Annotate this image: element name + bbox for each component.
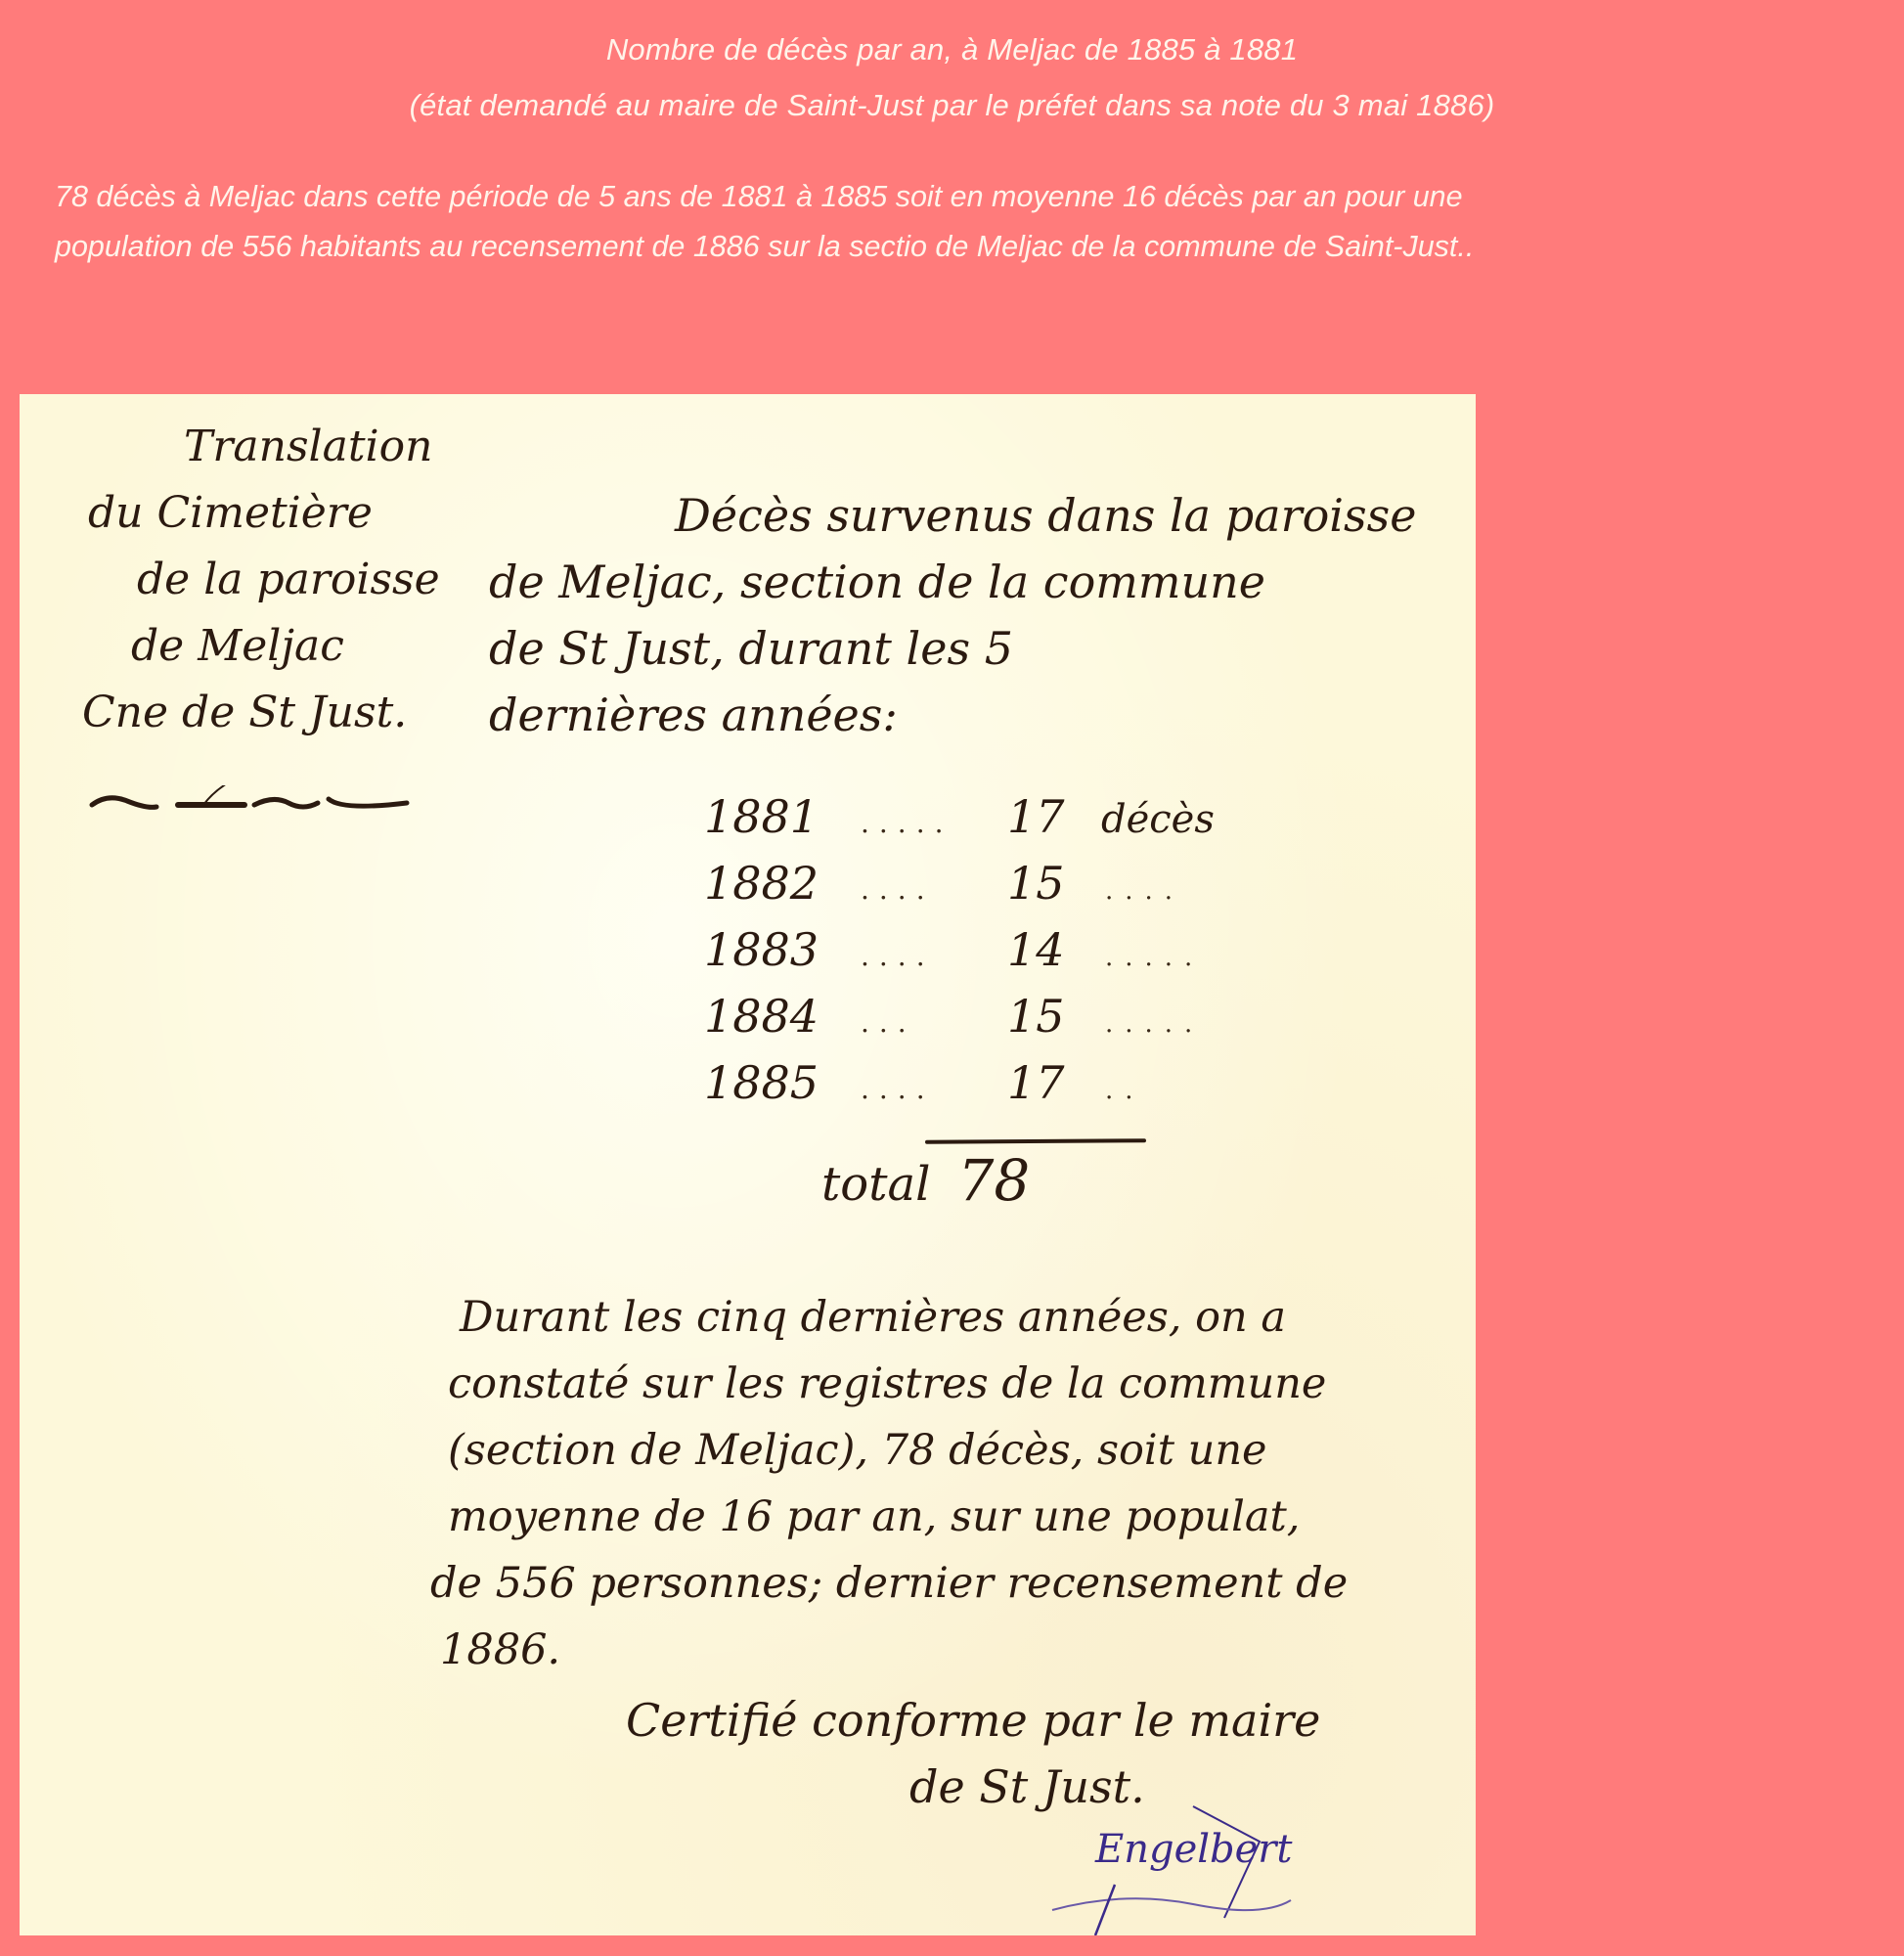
dot-leader: .... — [861, 857, 1007, 923]
margin-note-line: de Meljac — [68, 613, 440, 680]
attestation-paragraph: Durant les cinq dernières années, on a c… — [430, 1284, 1348, 1683]
table-row: 1882 .... 15 .... — [704, 850, 1215, 916]
page-subtitle: (état demandé au maire de Saint-Just par… — [0, 77, 1904, 133]
total-row: total78 — [821, 1147, 1030, 1218]
paragraph-line: moyenne de 16 par an, sur une populat, — [430, 1484, 1348, 1550]
summary-paragraph: 78 décès à Meljac dans cette période de … — [55, 172, 1874, 272]
dot-leader: .... — [861, 923, 1007, 990]
year-cell: 1884 — [704, 983, 861, 1049]
margin-note-line: Translation — [68, 414, 440, 480]
margin-note-line: de la paroisse — [68, 547, 440, 613]
death-count-cell: 15 — [1007, 850, 1076, 916]
summary-line-2: population de 556 habitants au recenseme… — [55, 222, 1874, 272]
heading-line: de St Just, durant les 5 — [479, 615, 1416, 682]
death-count-cell: 17 — [1007, 1049, 1076, 1116]
year-cell: 1881 — [704, 783, 861, 850]
heading-line: de Meljac, section de la commune — [479, 549, 1416, 615]
paragraph-line: 1886. — [430, 1617, 1348, 1683]
summary-line-1: 78 décès à Meljac dans cette période de … — [55, 172, 1874, 222]
table-row: 1884 ... 15 ..... — [704, 983, 1215, 1049]
mayor-signature: Engelbert — [1095, 1827, 1293, 1872]
manuscript-scan-image: Translation du Cimetière de la paroisse … — [20, 394, 1476, 1935]
page-header: Nombre de décès par an, à Meljac de 1885… — [0, 22, 1904, 133]
paragraph-line: constaté sur les registres de la commune — [430, 1351, 1348, 1417]
death-count-cell: 15 — [1007, 983, 1076, 1049]
heading-line: dernières années: — [479, 682, 1416, 748]
dot-leader: ..... — [1105, 991, 1204, 1057]
margin-note-line: du Cimetière — [68, 480, 440, 547]
certification: Certifié conforme par le maire de St Jus… — [626, 1687, 1320, 1820]
page-title: Nombre de décès par an, à Meljac de 1885… — [0, 22, 1904, 77]
dot-leader: .. — [1105, 1057, 1145, 1124]
dot-leader: ..... — [861, 790, 1007, 857]
manuscript-heading: Décès survenus dans la paroisse de Melja… — [479, 482, 1416, 748]
paragraph-line: de 556 personnes; dernier recensement de — [430, 1550, 1348, 1617]
dot-leader: ..... — [1105, 924, 1204, 991]
total-label: total — [821, 1157, 930, 1212]
margin-note-line: Cne de St Just. — [68, 680, 440, 746]
margin-note: Translation du Cimetière de la paroisse … — [68, 414, 440, 746]
year-cell: 1882 — [704, 850, 861, 916]
flourish-divider-icon — [88, 785, 411, 819]
table-row: 1885 .... 17 .. — [704, 1049, 1215, 1116]
year-cell: 1883 — [704, 916, 861, 983]
deaths-by-year-table: 1881 ..... 17 décès 1882 .... 15 .... 18… — [704, 783, 1215, 1116]
table-row: 1883 .... 14 ..... — [704, 916, 1215, 983]
heading-line: Décès survenus dans la paroisse — [479, 482, 1416, 549]
certification-line: Certifié conforme par le maire — [626, 1687, 1320, 1754]
year-cell: 1885 — [704, 1049, 861, 1116]
death-count-cell: 14 — [1007, 916, 1076, 983]
unit-label: décès — [1101, 786, 1215, 853]
death-count-cell: 17 — [1007, 783, 1076, 850]
paragraph-line: (section de Meljac), 78 décès, soit une — [430, 1417, 1348, 1484]
paragraph-line: Durant les cinq dernières années, on a — [430, 1284, 1348, 1351]
dot-leader: ... — [861, 990, 1007, 1056]
dot-leader: .... — [1105, 858, 1184, 924]
total-separator-rule — [925, 1138, 1146, 1144]
dot-leader: .... — [861, 1056, 1007, 1123]
table-row: 1881 ..... 17 décès — [704, 783, 1215, 850]
total-value: 78 — [957, 1147, 1030, 1214]
